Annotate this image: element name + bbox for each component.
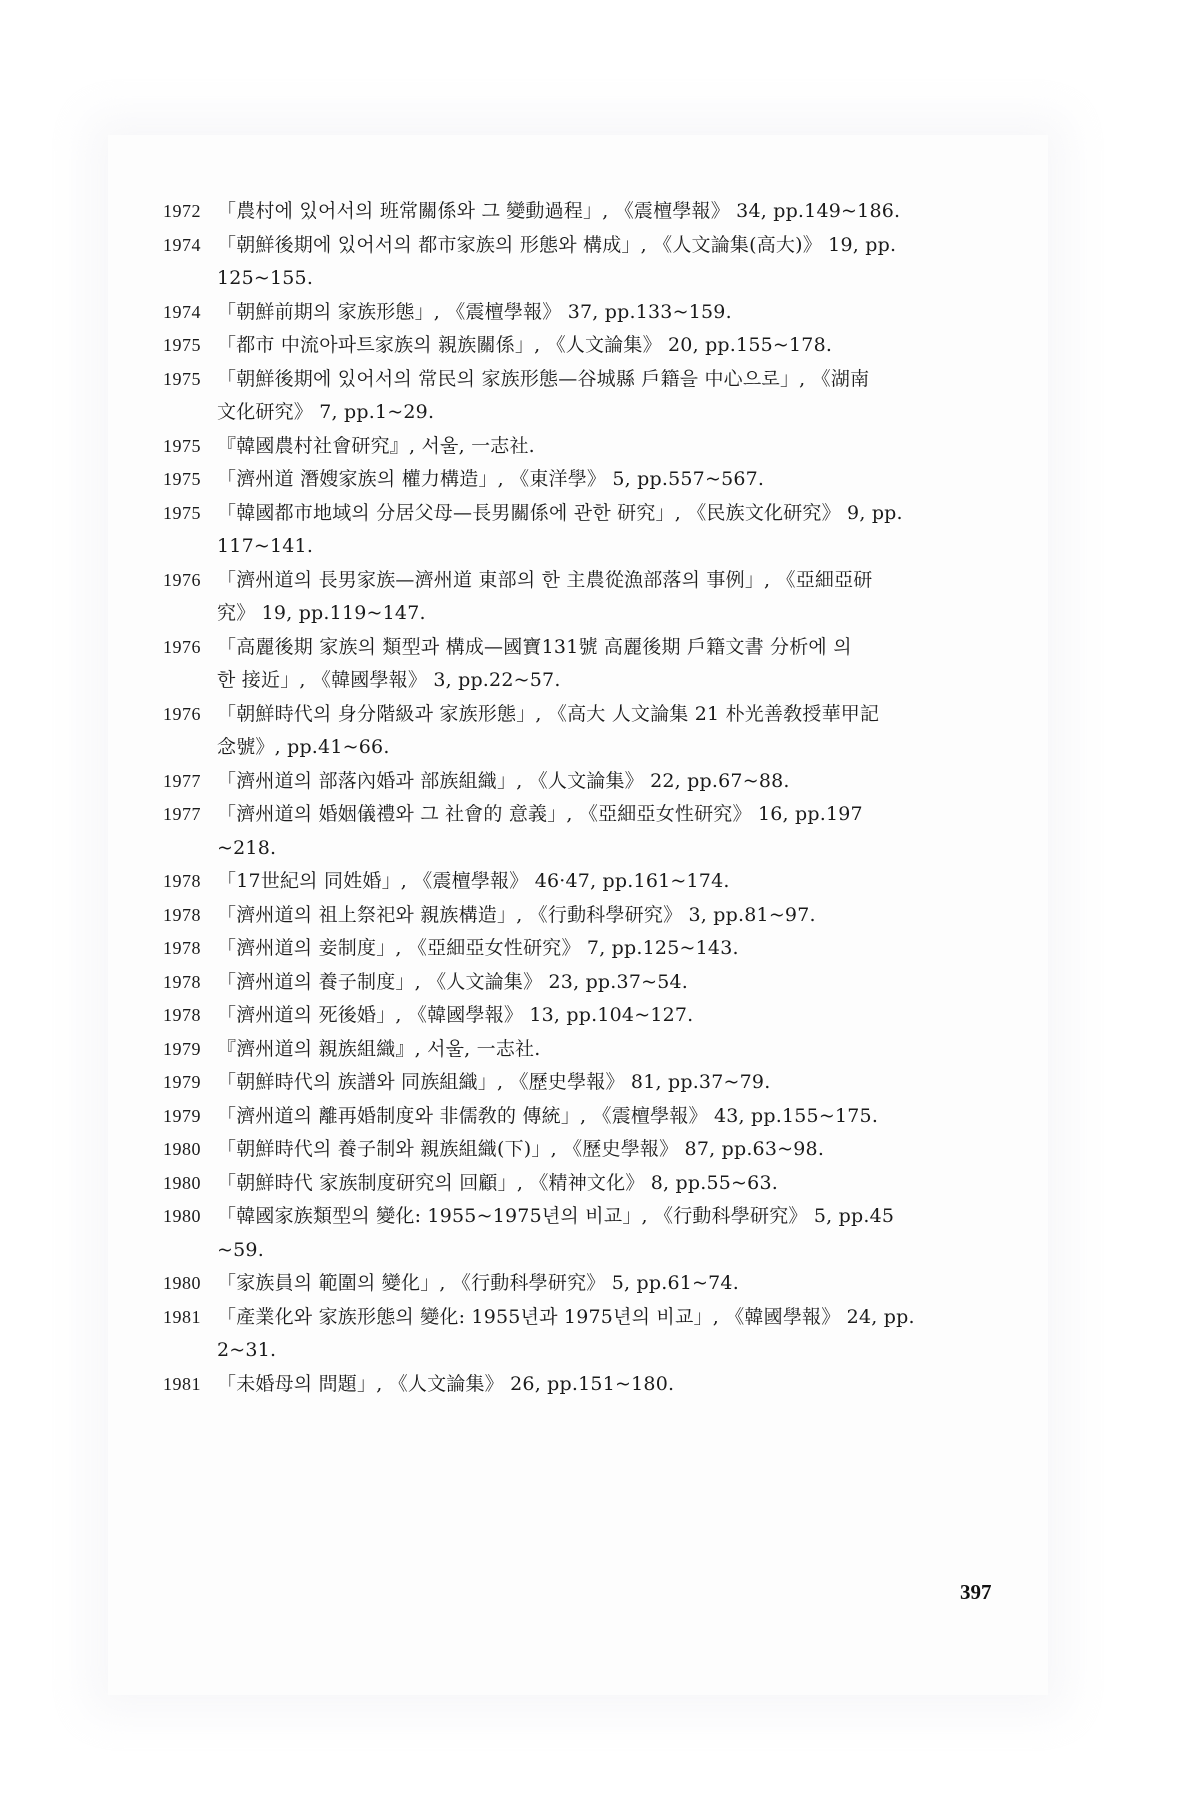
bibliography-entry: 1979「朝鮮時代의 族譜와 同族組織」, 《歷史學報》 81, pp.37~7…: [163, 1066, 1043, 1100]
bibliography-entry: 1981「未婚母의 問題」, 《人文論集》 26, pp.151~180.: [163, 1368, 1043, 1402]
entry-citation: 「濟州道의 長男家族—濟州道 東部의 한 主農從漁部落의 事例」, 《亞細亞研究…: [217, 564, 1043, 631]
entry-year: 1977: [163, 765, 217, 799]
bibliography-entry: 1981「產業化와 家族形態의 變化: 1955년과 1975년의 비교」, 《…: [163, 1301, 1043, 1368]
citation-line: 「都市 中流아파트家族의 親族關係」, 《人文論集》 20, pp.155~17…: [217, 329, 1043, 363]
entry-year: 1978: [163, 999, 217, 1033]
entry-citation: 「朝鮮後期에 있어서의 常民의 家族形態—谷城縣 戶籍을 中心으로」, 《湖南文…: [217, 363, 1043, 430]
entry-citation: 「韓國都市地域의 分居父母—長男關係에 관한 研究」, 《民族文化研究》 9, …: [217, 497, 1043, 564]
entry-citation: 「朝鮮前期의 家族形態」, 《震檀學報》 37, pp.133~159.: [217, 296, 1043, 330]
citation-line: 「濟州道의 妾制度」, 《亞細亞女性研究》 7, pp.125~143.: [217, 932, 1043, 966]
entry-citation: 「朝鮮時代의 身分階級과 家族形態」, 《高大 人文論集 21 朴光善敎授華甲記…: [217, 698, 1043, 765]
entry-year: 1976: [163, 564, 217, 598]
entry-citation: 「未婚母의 問題」, 《人文論集》 26, pp.151~180.: [217, 1368, 1043, 1402]
entry-year: 1979: [163, 1066, 217, 1100]
citation-continuation: 125~155.: [217, 262, 1043, 296]
citation-line: 「朝鮮時代의 養子制와 親族組織(下)」, 《歷史學報》 87, pp.63~9…: [217, 1133, 1043, 1167]
entry-year: 1979: [163, 1033, 217, 1067]
bibliography-entry: 1980「朝鮮時代 家族制度研究의 回顧」, 《精神文化》 8, pp.55~6…: [163, 1167, 1043, 1201]
entry-citation: 「家族員의 範圍의 變化」, 《行動科學研究》 5, pp.61~74.: [217, 1267, 1043, 1301]
page-number: 397: [960, 1580, 992, 1605]
entry-citation: 「濟州道의 祖上祭祀와 親族構造」, 《行動科學研究》 3, pp.81~97.: [217, 899, 1043, 933]
citation-continuation: 念號》, pp.41~66.: [217, 731, 1043, 765]
citation-line: 「產業化와 家族形態의 變化: 1955년과 1975년의 비교」, 《韓國學報…: [217, 1301, 1043, 1335]
citation-continuation: ~59.: [217, 1234, 1043, 1268]
citation-line: 「朝鮮時代의 族譜와 同族組織」, 《歷史學報》 81, pp.37~79.: [217, 1066, 1043, 1100]
bibliography-entry: 1977「濟州道의 部落內婚과 部族組織」, 《人文論集》 22, pp.67~…: [163, 765, 1043, 799]
bibliography-entry: 1976「朝鮮時代의 身分階級과 家族形態」, 《高大 人文論集 21 朴光善敎…: [163, 698, 1043, 765]
citation-line: 「朝鮮後期에 있어서의 都市家族의 形態와 構成」, 《人文論集(高大)》 19…: [217, 229, 1043, 263]
citation-line: 「濟州道의 部落內婚과 部族組織」, 《人文論集》 22, pp.67~88.: [217, 765, 1043, 799]
entry-year: 1974: [163, 296, 217, 330]
entry-citation: 「朝鮮時代의 養子制와 親族組織(下)」, 《歷史學報》 87, pp.63~9…: [217, 1133, 1043, 1167]
entry-year: 1980: [163, 1200, 217, 1234]
citation-line: 「濟州道 潛嫂家族의 權力構造」, 《東洋學》 5, pp.557~567.: [217, 463, 1043, 497]
bibliography-entry: 1975「朝鮮後期에 있어서의 常民의 家族形態—谷城縣 戶籍을 中心으로」, …: [163, 363, 1043, 430]
citation-line: 「未婚母의 問題」, 《人文論集》 26, pp.151~180.: [217, 1368, 1043, 1402]
bibliography-entry: 1978「濟州道의 死後婚」, 《韓國學報》 13, pp.104~127.: [163, 999, 1043, 1033]
citation-line: 「朝鮮時代 家族制度研究의 回顧」, 《精神文化》 8, pp.55~63.: [217, 1167, 1043, 1201]
entry-citation: 「都市 中流아파트家族의 親族關係」, 《人文論集》 20, pp.155~17…: [217, 329, 1043, 363]
bibliography-entry: 1978「濟州道의 妾制度」, 《亞細亞女性研究》 7, pp.125~143.: [163, 932, 1043, 966]
entry-citation: 「濟州道의 離再婚制度와 非儒敎的 傳統」, 《震檀學報》 43, pp.155…: [217, 1100, 1043, 1134]
citation-line: 「濟州道의 婚姻儀禮와 그 社會的 意義」, 《亞細亞女性研究》 16, pp.…: [217, 798, 1043, 832]
entry-year: 1976: [163, 698, 217, 732]
entry-year: 1972: [163, 195, 217, 229]
citation-line: 「濟州道의 離再婚制度와 非儒敎的 傳統」, 《震檀學報》 43, pp.155…: [217, 1100, 1043, 1134]
bibliography-entry: 1974「朝鮮前期의 家族形態」, 《震檀學報》 37, pp.133~159.: [163, 296, 1043, 330]
entry-year: 1978: [163, 899, 217, 933]
bibliography-entry: 1975「都市 中流아파트家族의 親族關係」, 《人文論集》 20, pp.15…: [163, 329, 1043, 363]
citation-line: 『濟州道의 親族組織』, 서울, 一志社.: [217, 1033, 1043, 1067]
entry-year: 1977: [163, 798, 217, 832]
citation-continuation: 文化研究》 7, pp.1~29.: [217, 396, 1043, 430]
entry-citation: 「濟州道의 婚姻儀禮와 그 社會的 意義」, 《亞細亞女性研究》 16, pp.…: [217, 798, 1043, 865]
entry-citation: 「濟州道의 部落內婚과 部族組織」, 《人文論集》 22, pp.67~88.: [217, 765, 1043, 799]
bibliography-entry: 1978「濟州道의 養子制度」, 《人文論集》 23, pp.37~54.: [163, 966, 1043, 1000]
entry-citation: 「產業化와 家族形態의 變化: 1955년과 1975년의 비교」, 《韓國學報…: [217, 1301, 1043, 1368]
bibliography-entry: 1980「韓國家族類型의 變化: 1955~1975년의 비교」, 《行動科學研…: [163, 1200, 1043, 1267]
citation-line: 「17世紀의 同姓婚」, 《震檀學報》 46·47, pp.161~174.: [217, 865, 1043, 899]
citation-line: 「濟州道의 祖上祭祀와 親族構造」, 《行動科學研究》 3, pp.81~97.: [217, 899, 1043, 933]
citation-line: 「韓國家族類型의 變化: 1955~1975년의 비교」, 《行動科學研究》 5…: [217, 1200, 1043, 1234]
citation-line: 「韓國都市地域의 分居父母—長男關係에 관한 研究」, 《民族文化研究》 9, …: [217, 497, 1043, 531]
entry-citation: 「17世紀의 同姓婚」, 《震檀學報》 46·47, pp.161~174.: [217, 865, 1043, 899]
entry-citation: 「濟州道의 妾制度」, 《亞細亞女性研究》 7, pp.125~143.: [217, 932, 1043, 966]
bibliography-entry: 1980「家族員의 範圍의 變化」, 《行動科學研究》 5, pp.61~74.: [163, 1267, 1043, 1301]
bibliography-entry: 1975「濟州道 潛嫂家族의 權力構造」, 《東洋學》 5, pp.557~56…: [163, 463, 1043, 497]
entry-citation: 『濟州道의 親族組織』, 서울, 一志社.: [217, 1033, 1043, 1067]
bibliography-entry: 1978「17世紀의 同姓婚」, 《震檀學報》 46·47, pp.161~17…: [163, 865, 1043, 899]
citation-continuation: 2~31.: [217, 1334, 1043, 1368]
citation-continuation: ~218.: [217, 832, 1043, 866]
bibliography-entry: 1974「朝鮮後期에 있어서의 都市家族의 形態와 構成」, 《人文論集(高大)…: [163, 229, 1043, 296]
citation-continuation: 한 接近」, 《韓國學報》 3, pp.22~57.: [217, 664, 1043, 698]
entry-year: 1975: [163, 329, 217, 363]
entry-citation: 「韓國家族類型의 變化: 1955~1975년의 비교」, 《行動科學研究》 5…: [217, 1200, 1043, 1267]
citation-line: 「朝鮮前期의 家族形態」, 《震檀學報》 37, pp.133~159.: [217, 296, 1043, 330]
citation-continuation: 究》 19, pp.119~147.: [217, 597, 1043, 631]
entry-year: 1975: [163, 463, 217, 497]
bibliography-entry: 1976「高麗後期 家族의 類型과 構成—國寶131號 高麗後期 戶籍文書 分析…: [163, 631, 1043, 698]
entry-year: 1978: [163, 865, 217, 899]
entry-citation: 「高麗後期 家族의 類型과 構成—國寶131號 高麗後期 戶籍文書 分析에 의한…: [217, 631, 1043, 698]
citation-line: 「濟州道의 長男家族—濟州道 東部의 한 主農從漁部落의 事例」, 《亞細亞研: [217, 564, 1043, 598]
citation-line: 「家族員의 範圍의 變化」, 《行動科學研究》 5, pp.61~74.: [217, 1267, 1043, 1301]
bibliography-list: 1972「農村에 있어서의 班常關係와 그 變動過程」, 《震檀學報》 34, …: [163, 195, 1043, 1401]
citation-line: 「濟州道의 死後婚」, 《韓國學報》 13, pp.104~127.: [217, 999, 1043, 1033]
entry-year: 1974: [163, 229, 217, 263]
citation-line: 『韓國農村社會研究』, 서울, 一志社.: [217, 430, 1043, 464]
entry-citation: 「農村에 있어서의 班常關係와 그 變動過程」, 《震檀學報》 34, pp.1…: [217, 195, 1043, 229]
entry-year: 1980: [163, 1133, 217, 1167]
entry-year: 1978: [163, 966, 217, 1000]
entry-citation: 「朝鮮時代 家族制度研究의 回顧」, 《精神文化》 8, pp.55~63.: [217, 1167, 1043, 1201]
bibliography-entry: 1978「濟州道의 祖上祭祀와 親族構造」, 《行動科學研究》 3, pp.81…: [163, 899, 1043, 933]
entry-citation: 「朝鮮後期에 있어서의 都市家族의 形態와 構成」, 《人文論集(高大)》 19…: [217, 229, 1043, 296]
entry-year: 1976: [163, 631, 217, 665]
entry-year: 1978: [163, 932, 217, 966]
citation-line: 「濟州道의 養子制度」, 《人文論集》 23, pp.37~54.: [217, 966, 1043, 1000]
entry-citation: 「濟州道 潛嫂家族의 權力構造」, 《東洋學》 5, pp.557~567.: [217, 463, 1043, 497]
entry-year: 1981: [163, 1301, 217, 1335]
bibliography-entry: 1979『濟州道의 親族組織』, 서울, 一志社.: [163, 1033, 1043, 1067]
entry-citation: 「朝鮮時代의 族譜와 同族組織」, 《歷史學報》 81, pp.37~79.: [217, 1066, 1043, 1100]
bibliography-entry: 1975「韓國都市地域의 分居父母—長男關係에 관한 研究」, 《民族文化研究》…: [163, 497, 1043, 564]
citation-line: 「朝鮮後期에 있어서의 常民의 家族形態—谷城縣 戶籍을 中心으로」, 《湖南: [217, 363, 1043, 397]
entry-year: 1975: [163, 363, 217, 397]
entry-year: 1975: [163, 497, 217, 531]
entry-year: 1979: [163, 1100, 217, 1134]
entry-year: 1980: [163, 1167, 217, 1201]
bibliography-entry: 1979「濟州道의 離再婚制度와 非儒敎的 傳統」, 《震檀學報》 43, pp…: [163, 1100, 1043, 1134]
citation-continuation: 117~141.: [217, 530, 1043, 564]
citation-line: 「高麗後期 家族의 類型과 構成—國寶131號 高麗後期 戶籍文書 分析에 의: [217, 631, 1043, 665]
citation-line: 「農村에 있어서의 班常關係와 그 變動過程」, 《震檀學報》 34, pp.1…: [217, 195, 1043, 229]
bibliography-entry: 1977「濟州道의 婚姻儀禮와 그 社會的 意義」, 《亞細亞女性研究》 16,…: [163, 798, 1043, 865]
bibliography-entry: 1975『韓國農村社會研究』, 서울, 一志社.: [163, 430, 1043, 464]
citation-line: 「朝鮮時代의 身分階級과 家族形態」, 《高大 人文論集 21 朴光善敎授華甲記: [217, 698, 1043, 732]
bibliography-entry: 1972「農村에 있어서의 班常關係와 그 變動過程」, 《震檀學報》 34, …: [163, 195, 1043, 229]
bibliography-entry: 1980「朝鮮時代의 養子制와 親族組織(下)」, 《歷史學報》 87, pp.…: [163, 1133, 1043, 1167]
entry-citation: 『韓國農村社會研究』, 서울, 一志社.: [217, 430, 1043, 464]
entry-year: 1981: [163, 1368, 217, 1402]
entry-year: 1980: [163, 1267, 217, 1301]
entry-citation: 「濟州道의 養子制度」, 《人文論集》 23, pp.37~54.: [217, 966, 1043, 1000]
entry-citation: 「濟州道의 死後婚」, 《韓國學報》 13, pp.104~127.: [217, 999, 1043, 1033]
entry-year: 1975: [163, 430, 217, 464]
bibliography-entry: 1976「濟州道의 長男家族—濟州道 東部의 한 主農從漁部落의 事例」, 《亞…: [163, 564, 1043, 631]
